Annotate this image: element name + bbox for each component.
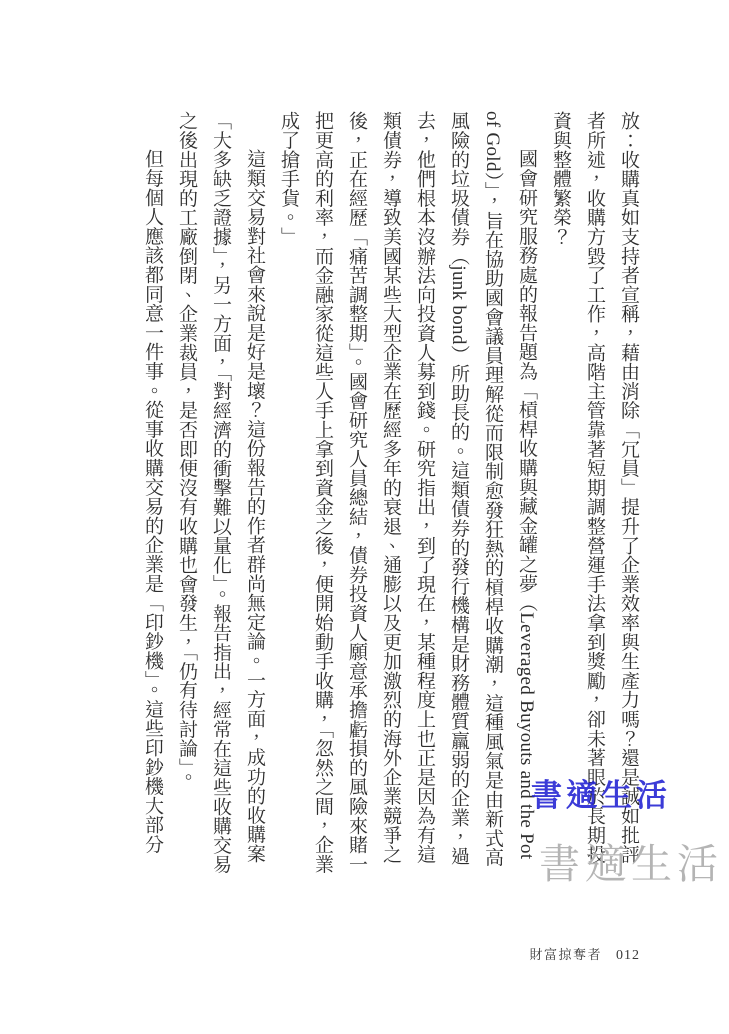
paragraph: 但每個人應該都同意一件事。從事收購交易的企業是「印鈔機」。這些印鈔機大部分: [135, 111, 169, 877]
paragraph: 這類交易對社會來說是好是壞？這份報告的作者群尚無定論。一方面，成功的收購案「大多…: [169, 111, 271, 877]
paragraph: 國會研究服務處的報告題為「槓桿收購與藏金罐之夢（Leveraged Buyout…: [271, 111, 543, 877]
footer-page-number: 012: [616, 948, 640, 964]
page-footer: 財富掠奪者 012: [529, 944, 640, 964]
book-page: 放：收購真如支持者宣稱，藉由消除「冗員」提升了企業效率與生產力嗎？還是誠如批評者…: [0, 0, 729, 1034]
footer-book-title: 財富掠奪者: [529, 944, 602, 963]
vertical-text-block: 放：收購真如支持者宣稱，藉由消除「冗員」提升了企業效率與生產力嗎？還是誠如批評者…: [135, 111, 645, 877]
paragraph: 放：收購真如支持者宣稱，藉由消除「冗員」提升了企業效率與生產力嗎？還是誠如批評者…: [543, 111, 645, 877]
